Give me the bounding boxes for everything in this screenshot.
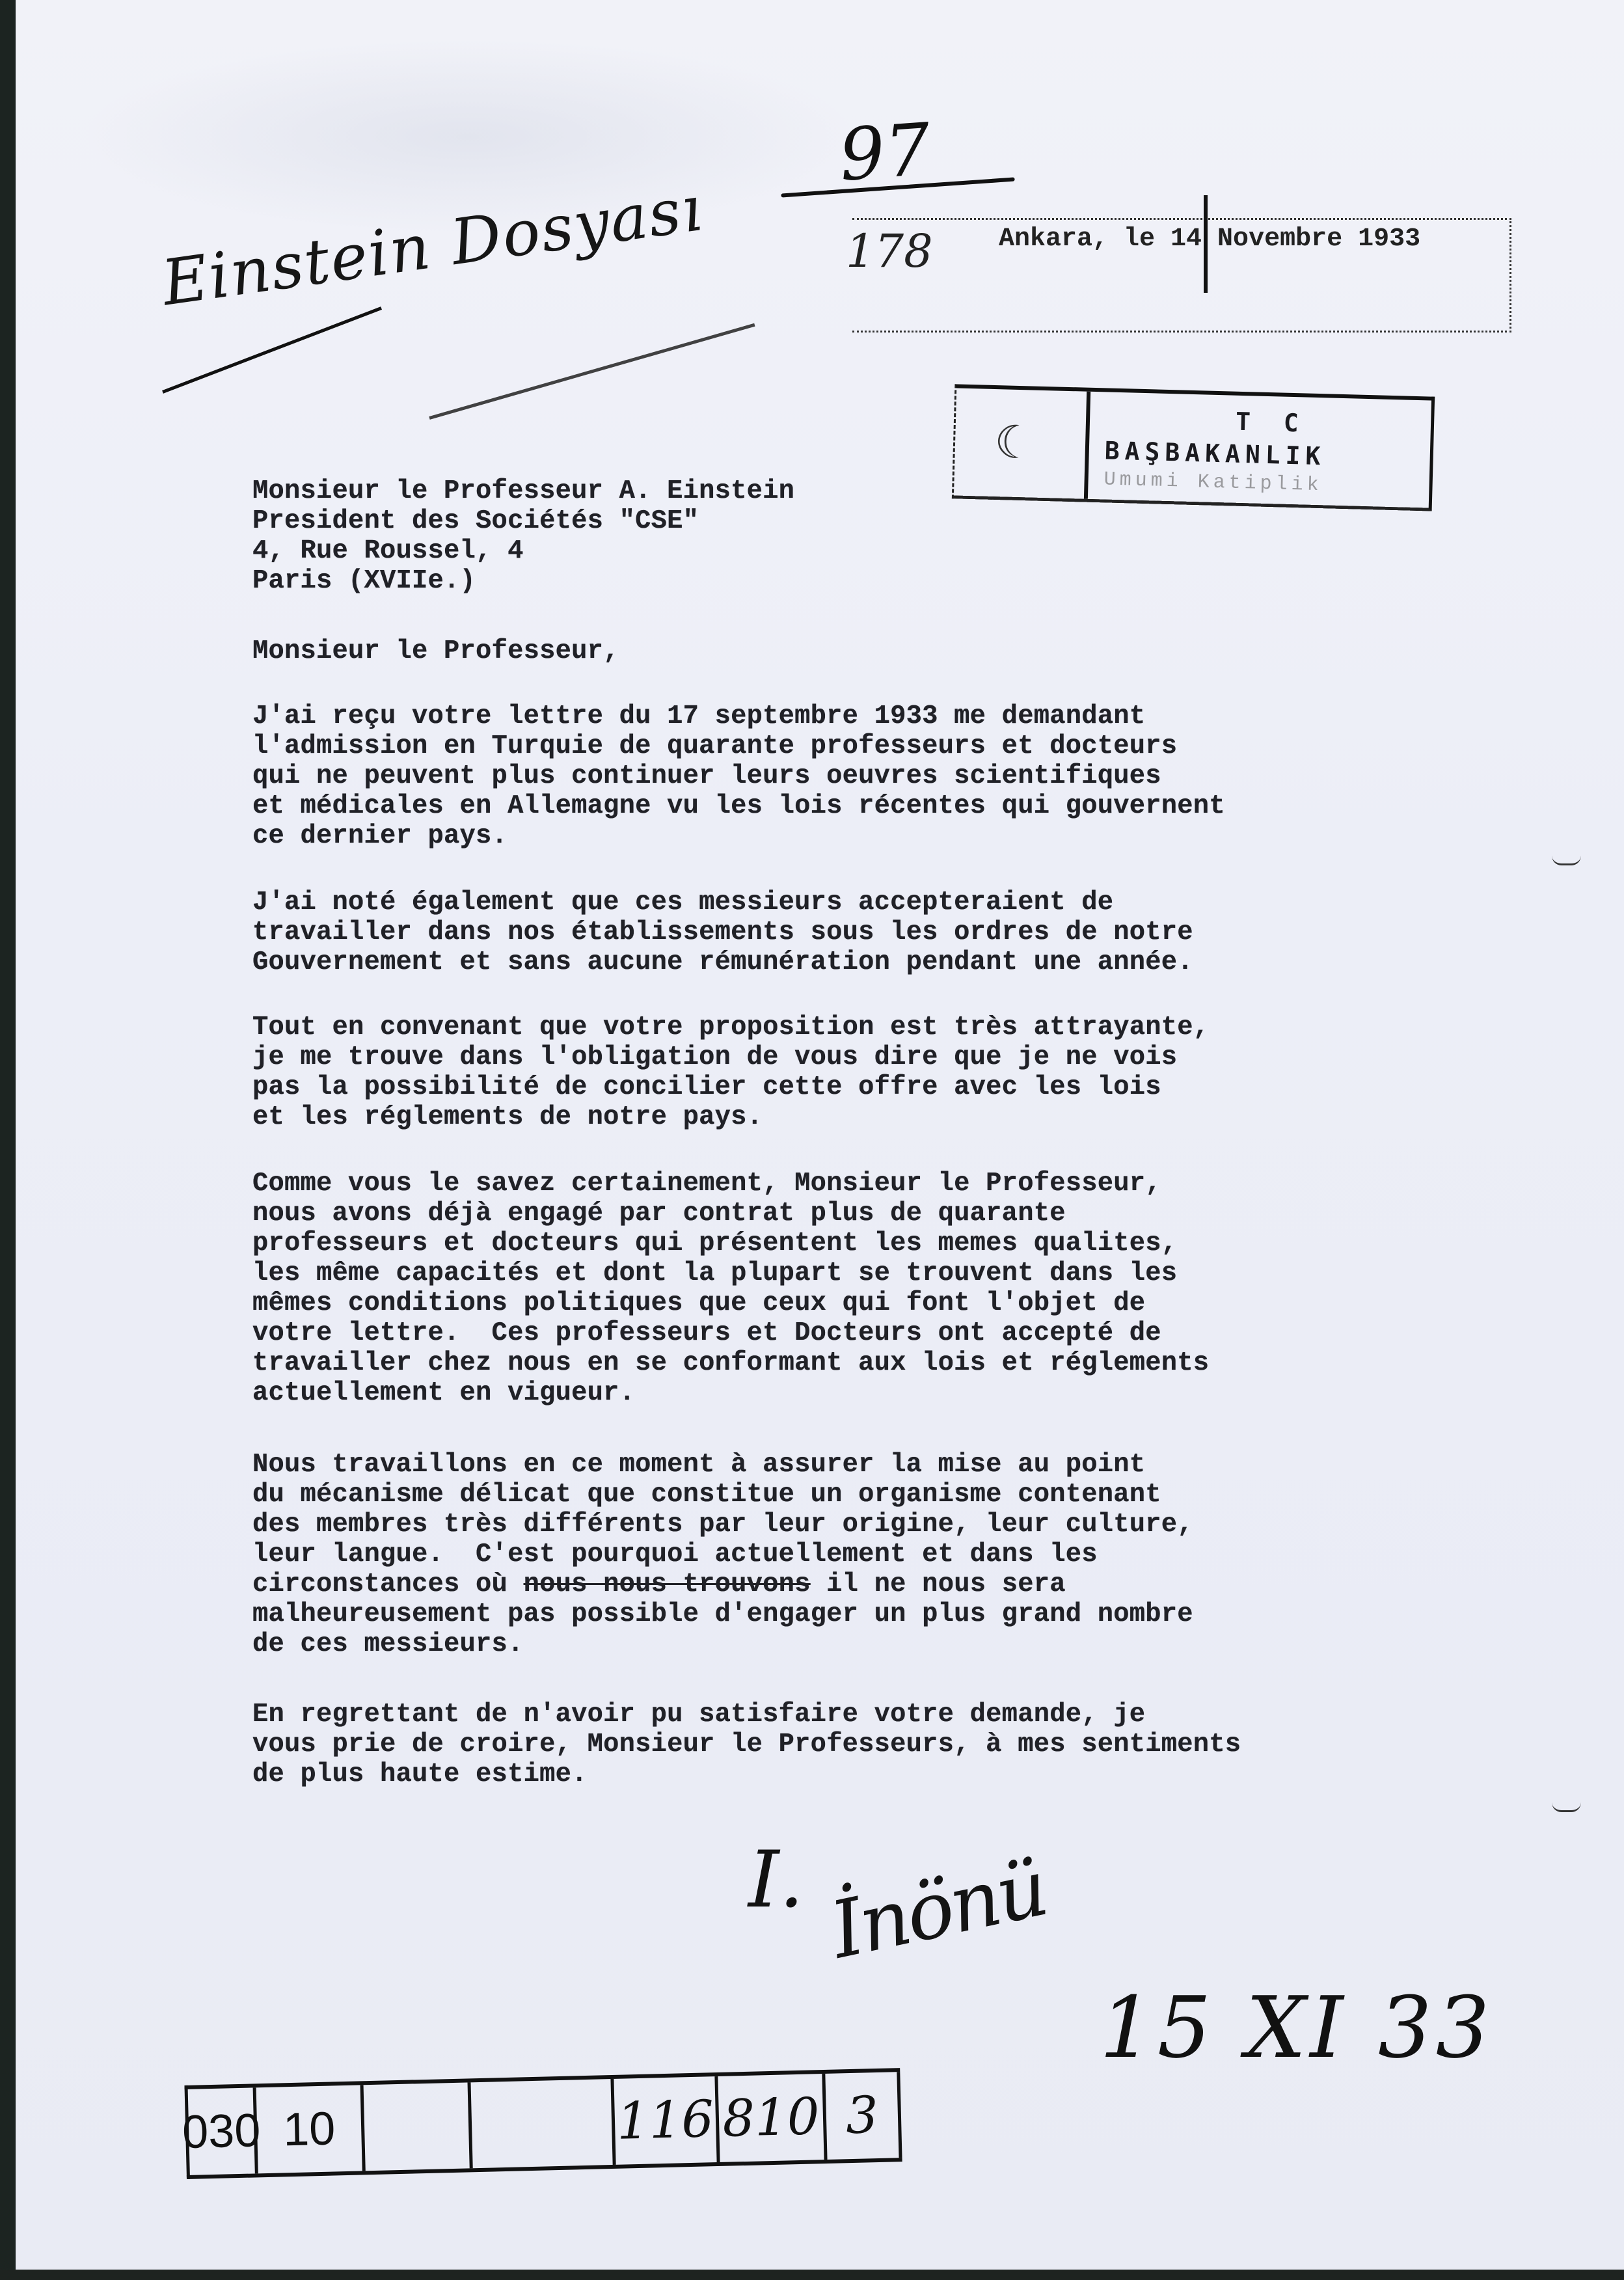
address-line: 4, Rue Roussel, 4: [252, 536, 524, 566]
address-line: Monsieur le Professeur A. Einstein: [252, 476, 794, 506]
body-line: pas la possibilité de concilier cette of…: [252, 1072, 1161, 1102]
registry-number: 178: [846, 224, 933, 278]
body-line: Nous travaillons en ce moment à assurer …: [252, 1450, 1145, 1480]
stamp-line-3: Umumi Katiplik: [1103, 468, 1323, 496]
ref-cell: [470, 2079, 616, 2168]
crescent-icon: ☾: [994, 415, 1036, 470]
stamp-line-1: T C: [1236, 407, 1308, 438]
ref-cell: 030: [188, 2087, 258, 2175]
body-line: malheureusement pas possible d'engager u…: [252, 1599, 1193, 1629]
body-line: de plus haute estime.: [252, 1759, 588, 1789]
body-line: de ces messieurs.: [252, 1629, 524, 1659]
body-line: et les réglements de notre pays.: [252, 1102, 763, 1132]
body-line: professeurs et docteurs qui présentent l…: [252, 1228, 1177, 1258]
handwritten-date: 15 XI 33: [1100, 1978, 1493, 2077]
body-line: Tout en convenant que votre proposition …: [252, 1012, 1209, 1042]
body-line: En regrettant de n'avoir pu satisfaire v…: [252, 1700, 1145, 1730]
body-line: votre lettre. Ces professeurs et Docteur…: [252, 1318, 1161, 1348]
body-line: les même capacités et dont la plupart se…: [252, 1258, 1177, 1288]
scan-edge-left: [0, 0, 16, 2280]
body-line: travailler dans nos établissements sous …: [252, 917, 1193, 947]
stamp-divider: [1084, 392, 1090, 499]
ref-cell: 116: [614, 2076, 720, 2165]
body-line: mêmes conditions politiques que ceux qui…: [252, 1288, 1145, 1318]
ref-cell: 810: [718, 2074, 827, 2162]
body-line: actuellement en vigueur.: [252, 1378, 635, 1408]
body-line: Gouvernement et sans aucune rémunération…: [252, 947, 1193, 977]
text-segment: circonstances où: [252, 1569, 524, 1599]
body-line: ce dernier pays.: [252, 821, 507, 851]
ref-cell: [364, 2082, 473, 2171]
address-line: Paris (XVIIe.): [252, 566, 476, 596]
scan-edge-bottom: [0, 2270, 1624, 2280]
struck-text: nous nous trouvons: [524, 1569, 811, 1599]
ref-cell: 3: [825, 2072, 902, 2160]
signature-initial: I.: [748, 1835, 804, 1925]
address-line: President des Sociétés "CSE": [252, 506, 699, 536]
body-line: l'admission en Turquie de quarante profe…: [252, 731, 1177, 761]
text-segment: il ne nous sera: [811, 1569, 1066, 1599]
body-line: Comme vous le savez certainement, Monsie…: [252, 1169, 1161, 1199]
body-line: je me trouve dans l'obligation de vous d…: [252, 1042, 1177, 1072]
ref-cell: 10: [256, 2085, 366, 2173]
body-line: circonstances où nous nous trouvons il n…: [252, 1569, 1066, 1599]
archive-reference: 030 10 116 810 3: [184, 2068, 902, 2179]
body-line: du mécanisme délicat que constitue un or…: [252, 1480, 1161, 1510]
body-line: qui ne peuvent plus continuer leurs oeuv…: [252, 761, 1161, 791]
letter-page: [16, 0, 1624, 2270]
body-line: nous avons déjà engagé par contrat plus …: [252, 1199, 1066, 1228]
basbakanlik-stamp: ☾ T C BAŞBAKANLIK Umumi Katiplik: [952, 384, 1435, 511]
body-line: J'ai reçu votre lettre du 17 septembre 1…: [252, 701, 1145, 731]
body-line: vous prie de croire, Monsieur le Profess…: [252, 1730, 1241, 1759]
date-handwritten-stroke: [1204, 195, 1208, 293]
dateline: Ankara, le 14 Novembre 1933: [999, 224, 1420, 254]
stamp-line-2: BAŞBAKANLIK: [1104, 436, 1326, 470]
salutation: Monsieur le Professeur,: [252, 636, 619, 666]
body-line: leur langue. C'est pourquoi actuellement…: [252, 1540, 1098, 1569]
body-line: J'ai noté également que ces messieurs ac…: [252, 888, 1113, 917]
body-line: des membres très différents par leur ori…: [252, 1510, 1193, 1540]
body-line: travailler chez nous en se conformant au…: [252, 1348, 1209, 1378]
body-line: et médicales en Allemagne vu les lois ré…: [252, 791, 1225, 821]
